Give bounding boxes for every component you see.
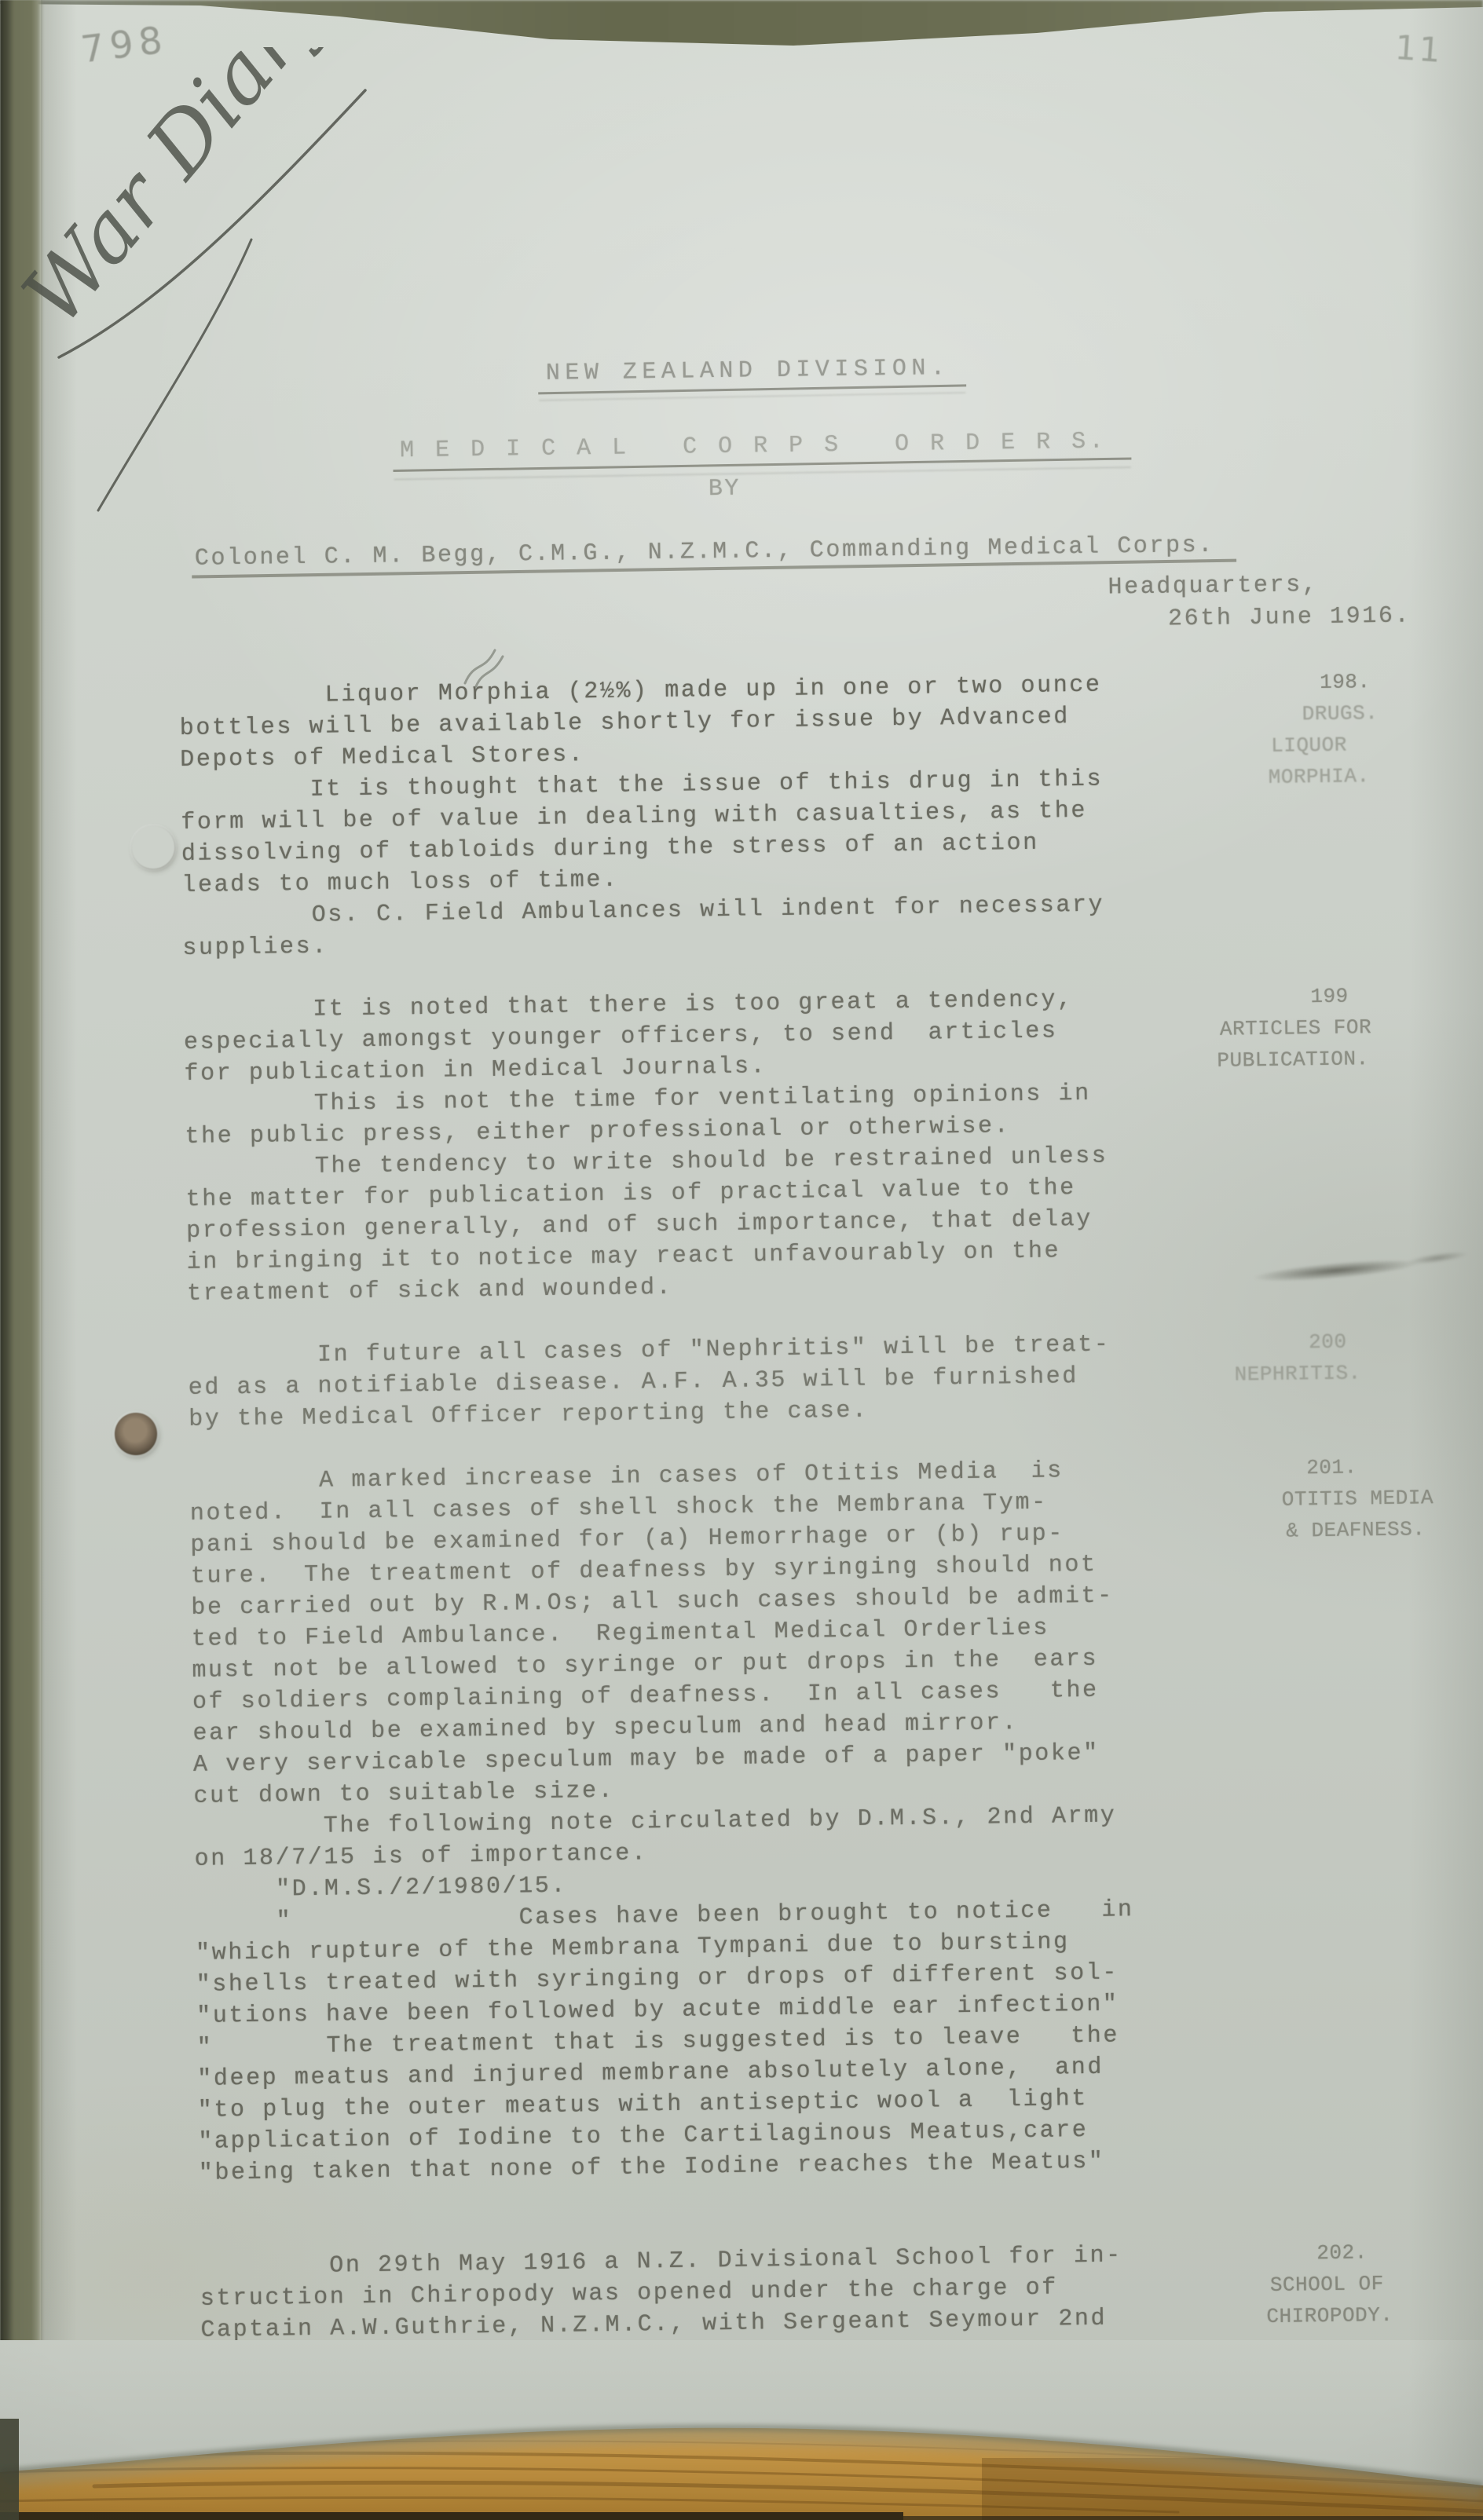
margin-note: NEPHRITIS. bbox=[1234, 1357, 1361, 1390]
margin-note: ARTICLES FOR bbox=[1220, 1011, 1372, 1045]
margin-note: 202. bbox=[1316, 2237, 1368, 2269]
margin-note: 200 bbox=[1309, 1326, 1347, 1359]
typed-body: Liquor Morphia (2½%) made up in one or t… bbox=[179, 669, 1141, 2408]
punch-hole-top bbox=[132, 826, 174, 869]
margin-note: DRUGS. bbox=[1302, 697, 1378, 730]
margin-note: MORPHIA. bbox=[1268, 760, 1369, 793]
margin-note: 201. bbox=[1306, 1451, 1357, 1483]
document-title: NEW ZEALAND DIVISION. bbox=[546, 353, 950, 390]
photo-bottom-edge-left bbox=[0, 2512, 903, 2520]
margin-note: PUBLICATION. bbox=[1217, 1043, 1369, 1077]
headquarters-line: Headquarters, bbox=[1108, 569, 1318, 604]
margin-note: LIQUOR bbox=[1271, 730, 1347, 762]
margin-note: SCHOOL OF bbox=[1270, 2268, 1384, 2301]
punch-hole-bottom bbox=[115, 1413, 157, 1455]
margin-note: 198. bbox=[1320, 666, 1371, 698]
table-bottom-edge bbox=[0, 2340, 1483, 2520]
typed-content: NEW ZEALAND DIVISION. M E D I C A L C O … bbox=[0, 0, 1483, 2520]
photographed-document: War Diary 798 11 NEW ZEALAND DIVISION. M… bbox=[0, 0, 1483, 2520]
margin-note: CHIROPODY. bbox=[1266, 2299, 1393, 2332]
by-line: BY bbox=[709, 474, 741, 506]
margin-note: 199 bbox=[1310, 981, 1349, 1013]
table-left-strip-bottom bbox=[0, 2419, 19, 2520]
margin-note: OTITIS MEDIA bbox=[1281, 1482, 1434, 1516]
photo-bottom-edge-right bbox=[903, 2516, 1483, 2520]
margin-note: & DEAFNESS. bbox=[1286, 1513, 1426, 1546]
date-line: 26th June 1916. bbox=[1168, 600, 1412, 635]
